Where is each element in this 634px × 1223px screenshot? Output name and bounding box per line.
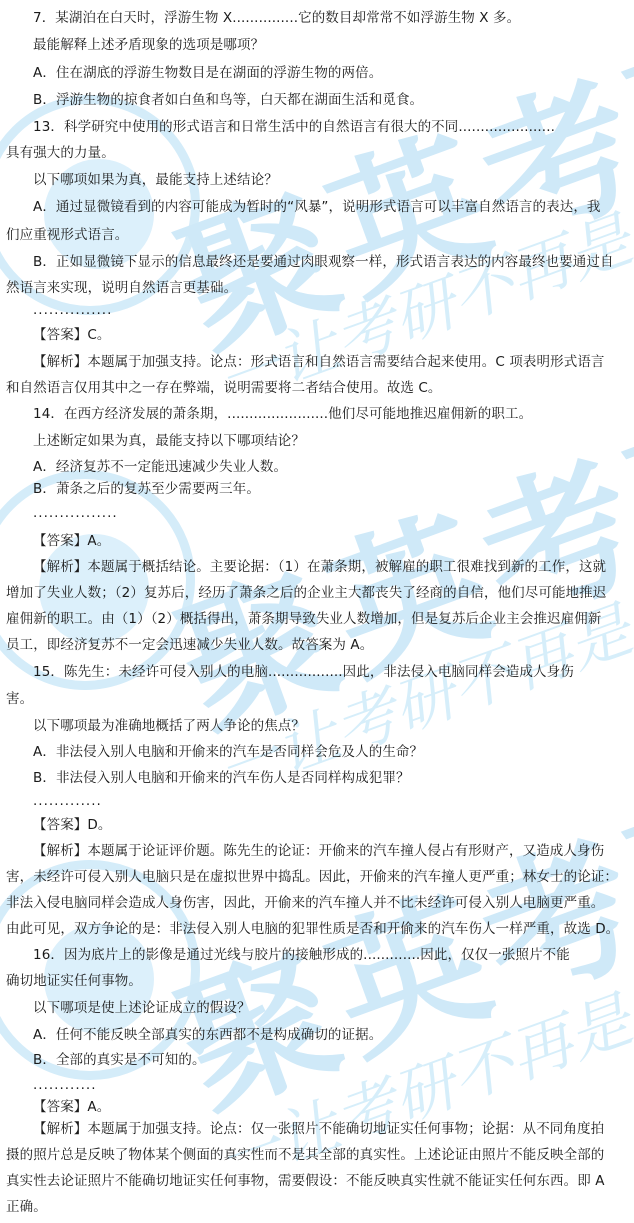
text-line: 【解析】本题属于概括结论。主要论据：（1）在萧条期，被解雇的职工很难找到新的工作… — [33, 557, 634, 577]
text-line: ................ — [33, 503, 634, 523]
text-line: 和自然语言仅用其中之一存在弊端，说明需要将二者结合使用。故选 C。 — [6, 378, 630, 398]
text-line: 增加了失业人数；（2）复苏后，经历了萧条之后的企业主大都丧失了经商的自信，他们尽… — [6, 583, 630, 603]
text-line: 15．陈先生：未经许可侵入别人的电脑.................因此，非法… — [33, 662, 634, 682]
text-line: 以下哪项最为准确地概括了两人争论的焦点？ — [33, 716, 634, 736]
text-line: 员工，即经济复苏不一定会迅速减少失业人数。故答案为 A。 — [6, 635, 630, 655]
text-line: 14．在西方经济发展的萧条期，.......................他们… — [33, 404, 634, 424]
text-line: B．全部的真实是不可知的。 — [33, 1050, 634, 1070]
text-line: 【解析】本题属于论证评价题。陈先生的论证：开偷来的汽车撞人侵占有形财产，又造成人… — [33, 841, 634, 861]
text-line: 害，未经许可侵入别人电脑只是在虚拟世界中捣乱。因此，开偷来的汽车撞人更严重；林女… — [6, 867, 630, 887]
text-line: A．住在湖底的浮游生物数目是在湖面的浮游生物的两倍。 — [33, 63, 634, 83]
text-line: 以下哪项是使上述论证成立的假设？ — [33, 998, 634, 1018]
text-line: 具有强大的力量。 — [6, 143, 630, 163]
text-line: 【解析】本题属于加强支持。论点：形式语言和自然语言需要结合起来使用。C 项表明形… — [33, 352, 634, 372]
text-line: 们应重视形式语言。 — [6, 225, 630, 245]
text-line: ............ — [33, 1075, 634, 1095]
text-line: 正确。 — [6, 1197, 630, 1217]
text-line: 【答案】A。 — [33, 531, 634, 551]
text-line: A．通过显微镜看到的内容可能成为暂时的“风暴”，说明形式语言可以丰富自然语言的表… — [33, 197, 634, 217]
text-line: 由此可见，双方争论的是：非法侵入别人电脑的犯罪性质是否和开偷来的汽车伤人一样严重… — [6, 919, 630, 939]
text-line: 16．因为底片上的影像是通过光线与胶片的接触形成的.............因此… — [33, 945, 634, 965]
text-line: B．萧条之后的复苏至少需要两三年。 — [33, 479, 634, 499]
text-line: 摄的照片总是反映了物体某个侧面的真实性而不是其全部的真实性。上述论证由照片不能反… — [6, 1145, 630, 1165]
text-line: 害。 — [6, 689, 630, 709]
text-line: 最能解释上述矛盾现象的选项是哪项？ — [33, 35, 634, 55]
text-line: 【答案】C。 — [33, 325, 634, 345]
text-line: A．非法侵入别人电脑和开偷来的汽车是否同样会危及人的生命？ — [33, 742, 634, 762]
text-line: 【答案】D。 — [33, 815, 634, 835]
text-line: 7．某湖泊在白天时，浮游生物 X...............它的数目却常常不如… — [33, 8, 634, 28]
text-line: 确切地证实任何事物。 — [6, 971, 630, 991]
text-line: A．经济复苏不一定能迅速减少失业人数。 — [33, 457, 634, 477]
text-line: B．正如显微镜下显示的信息最终还是要通过肉眼观察一样，形式语言表达的内容最终也要… — [33, 252, 634, 272]
text-line: 【解析】本题属于加强支持。论点：仅一张照片不能确切地证实任何事物；论据：从不同角… — [33, 1119, 634, 1139]
text-line: ............... — [33, 300, 634, 320]
text-line: 以下哪项如果为真，最能支持上述结论？ — [33, 170, 634, 190]
text-line: 真实性去论证照片不能确切地证实任何事物，需要假设：不能反映真实性就不能证实任何东… — [6, 1171, 630, 1191]
text-line: A．任何不能反映全部真实的东西都不是构成确切的证据。 — [33, 1025, 634, 1045]
text-line: 13．科学研究中使用的形式语言和日常生活中的自然语言有很大的不同........… — [33, 117, 634, 137]
text-line: 雇佣新的职工。由（1）（2）概括得出，萧条期导致失业人数增加，但是复苏后企业主会… — [6, 609, 630, 629]
text-line: 上述断定如果为真，最能支持以下哪项结论？ — [33, 431, 634, 451]
text-line: 然语言来实现，说明自然语言更基础。 — [6, 278, 630, 298]
text-line: B．浮游生物的掠食者如白鱼和鸟等，白天都在湖面生活和觅食。 — [33, 90, 634, 110]
text-line: ............. — [33, 791, 634, 811]
text-line: 非法入侵电脑同样会造成人身伤害，因此，开偷来的汽车撞人并不比未经许可侵入别人电脑… — [6, 893, 630, 913]
text-line: B．非法侵入别人电脑和开偷来的汽车伤人是否同样构成犯罪？ — [33, 768, 634, 788]
text-line: 【答案】A。 — [33, 1097, 634, 1117]
